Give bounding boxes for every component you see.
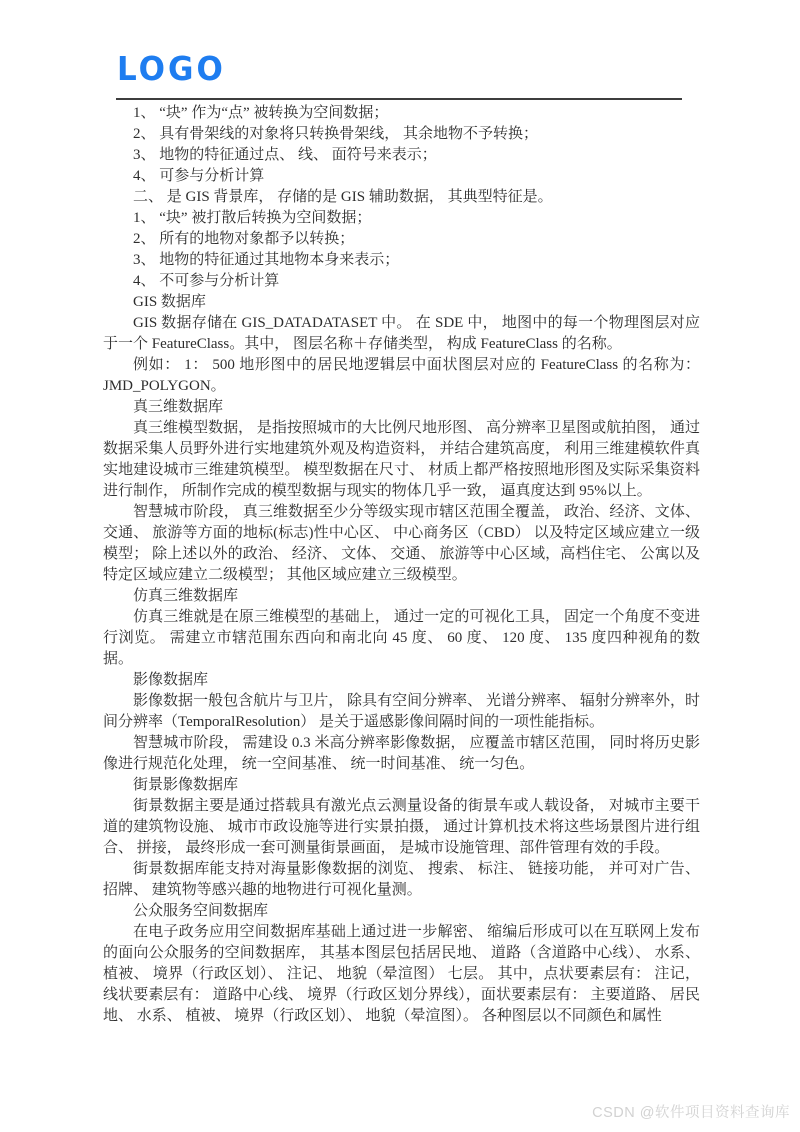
- paragraph-list-item: 2、 具有骨架线的对象将只转换骨架线， 其余地物不予转换；: [103, 124, 700, 145]
- document-body: 1、 “块” 作为“点” 被转换为空间数据；2、 具有骨架线的对象将只转换骨架线…: [103, 103, 700, 1027]
- paragraph-body: 在电子政务应用空间数据库基础上通过进一步解密、 缩编后形成可以在互联网上发布的面…: [103, 922, 700, 1027]
- paragraph-heading: 仿真三维数据库: [103, 586, 700, 607]
- paragraph-body: 街景数据主要是通过搭载具有激光点云测量设备的街景车或人载设备， 对城市主要干道的…: [103, 796, 700, 859]
- paragraph-body: 街景数据库能支持对海量影像数据的浏览、 搜索、 标注、 链接功能， 并可对广告、…: [103, 859, 700, 901]
- paragraph-body: GIS 数据存储在 GIS_DATADATASET 中。 在 SDE 中， 地图…: [103, 313, 700, 355]
- paragraph-body: 影像数据一般包含航片与卫片， 除具有空间分辨率、 光谱分辨率、 辐射分辨率外，时…: [103, 691, 700, 733]
- header-divider: [116, 98, 682, 100]
- document-page: LOGO 1、 “块” 作为“点” 被转换为空间数据；2、 具有骨架线的对象将只…: [0, 0, 800, 1132]
- paragraph-list-item: 1、 “块” 被打散后转换为空间数据；: [103, 208, 700, 229]
- paragraph-body: 仿真三维就是在原三维模型的基础上， 通过一定的可视化工具， 固定一个角度不变进行…: [103, 607, 700, 670]
- paragraph-list-item: 3、 地物的特征通过点、 线、 面符号来表示；: [103, 145, 700, 166]
- paragraph-body: 真三维模型数据， 是指按照城市的大比例尺地形图、 高分辨率卫星图或航拍图， 通过…: [103, 418, 700, 502]
- logo: LOGO: [117, 54, 226, 87]
- paragraph-body: 例如： 1： 500 地形图中的居民地逻辑层中面状图层对应的 FeatureCl…: [103, 355, 700, 397]
- paragraph-heading: 街景影像数据库: [103, 775, 700, 796]
- paragraph-body: 智慧城市阶段， 需建设 0.3 米高分辨率影像数据， 应覆盖市辖区范围， 同时将…: [103, 733, 700, 775]
- paragraph-heading: GIS 数据库: [103, 292, 700, 313]
- paragraph-list-item: 二、 是 GIS 背景库， 存储的是 GIS 辅助数据， 其典型特征是。: [103, 187, 700, 208]
- watermark: CSDN @软件项目资料查询库: [592, 1101, 790, 1122]
- paragraph-list-item: 3、 地物的特征通过其地物本身来表示；: [103, 250, 700, 271]
- paragraph-list-item: 2、 所有的地物对象都予以转换；: [103, 229, 700, 250]
- paragraph-heading: 公众服务空间数据库: [103, 901, 700, 922]
- paragraph-heading: 真三维数据库: [103, 397, 700, 418]
- paragraph-list-item: 4、 不可参与分析计算: [103, 271, 700, 292]
- paragraph-list-item: 4、 可参与分析计算: [103, 166, 700, 187]
- paragraph-heading: 影像数据库: [103, 670, 700, 691]
- paragraph-body: 智慧城市阶段， 真三维数据至少分等级实现市辖区范围全覆盖， 政治、经济、文体、交…: [103, 502, 700, 586]
- paragraph-list-item: 1、 “块” 作为“点” 被转换为空间数据；: [103, 103, 700, 124]
